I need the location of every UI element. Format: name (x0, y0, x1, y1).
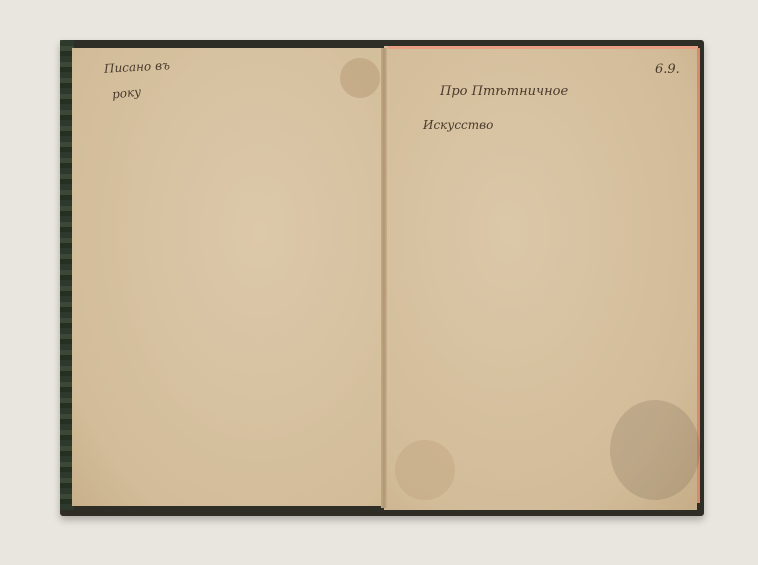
red-page-edge-top (388, 46, 698, 49)
title-line-2: Искусство (423, 118, 493, 132)
stain-mark (395, 440, 455, 500)
stain-mark (610, 400, 700, 500)
left-endpaper (72, 48, 384, 506)
title-line-1: Про Птѣтничное (440, 84, 568, 99)
page-number-note: 6.9. (655, 62, 680, 77)
stain-mark (340, 58, 380, 98)
book-gutter (381, 48, 387, 508)
inscription-line-2: року (111, 85, 141, 102)
